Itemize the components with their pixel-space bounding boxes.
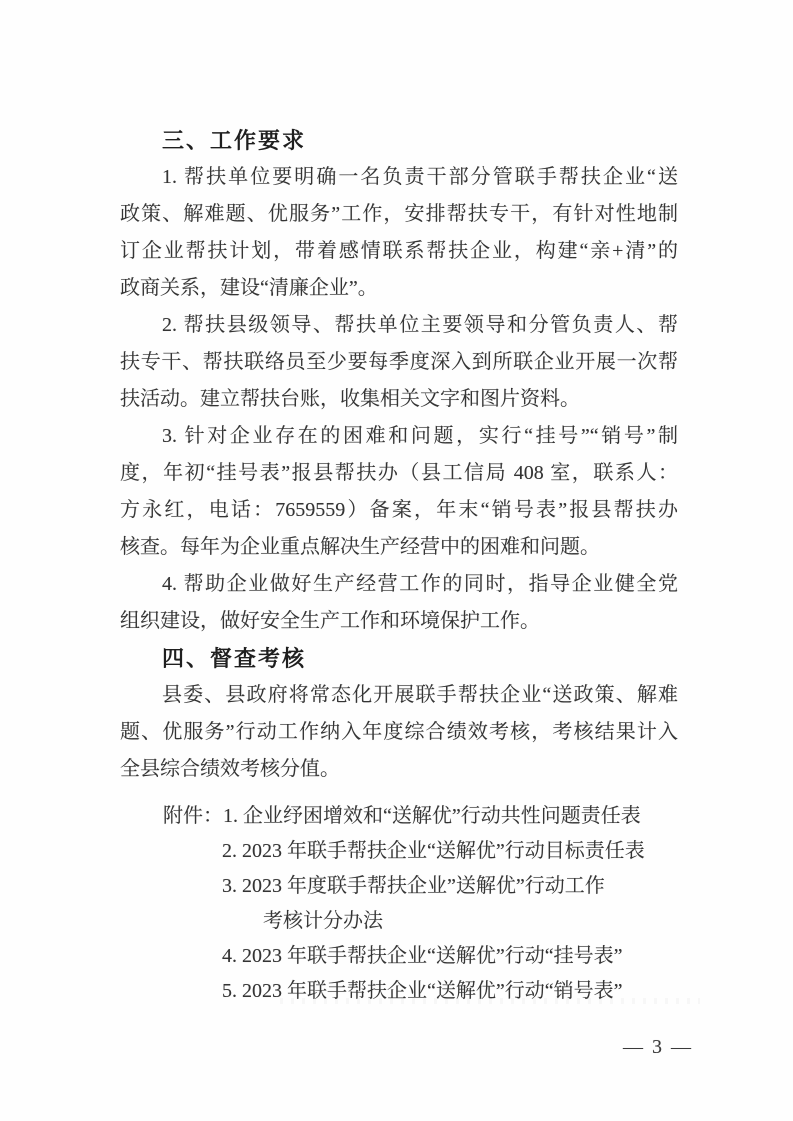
text-line: 2. 帮扶县级领导、帮扶单位主要领导和分管负责人、帮 [120, 307, 678, 344]
text-line: 扶专干、帮扶联络员至少要每季度深入到所联企业开展一次帮 [120, 344, 678, 381]
text-line: 县委、县政府将常态化开展联手帮扶企业“送政策、解难 [120, 677, 678, 714]
section-heading: 三、工作要求 [120, 122, 678, 159]
text-line: 3. 针对企业存在的困难和问题，实行“挂号”“销号”制 [120, 418, 678, 455]
attachment-line: 考核计分办法 [120, 904, 740, 939]
text-line: 方永红，电话：7659559）备案，年末“销号表”报县帮扶办 [120, 492, 678, 529]
text-line: 组织建设，做好安全生产工作和环境保护工作。 [120, 603, 678, 640]
attachment-line: 4. 2023 年联手帮扶企业“送解优”行动“挂号表” [120, 939, 740, 974]
page-number: — 3 — [623, 1033, 693, 1061]
scanned-document-page: 三、工作要求1. 帮扶单位要明确一名负责干部分管联手帮扶企业“送政策、解难题、优… [0, 0, 793, 1121]
document-body: 三、工作要求1. 帮扶单位要明确一名负责干部分管联手帮扶企业“送政策、解难题、优… [120, 122, 678, 788]
text-line: 扶活动。建立帮扶台账，收集相关文字和图片资料。 [120, 381, 678, 418]
text-line: 核查。每年为企业重点解决生产经营中的困难和问题。 [120, 529, 678, 566]
text-line: 全县综合绩效考核分值。 [120, 751, 678, 788]
text-line: 题、优服务”行动工作纳入年度综合绩效考核，考核结果计入 [120, 714, 678, 751]
section-heading: 四、督查考核 [120, 640, 678, 677]
attachments-list: 附件：1. 企业纾困增效和“送解优”行动共性问题责任表2. 2023 年联手帮扶… [120, 799, 740, 1009]
scan-artifact [280, 998, 700, 1004]
attachment-line: 附件：1. 企业纾困增效和“送解优”行动共性问题责任表 [120, 799, 740, 834]
text-line: 订企业帮扶计划，带着感情联系帮扶企业，构建“亲+清”的 [120, 233, 678, 270]
text-line: 4. 帮助企业做好生产经营工作的同时，指导企业健全党 [120, 566, 678, 603]
text-line: 1. 帮扶单位要明确一名负责干部分管联手帮扶企业“送 [120, 159, 678, 196]
text-line: 政策、解难题、优服务”工作，安排帮扶专干，有针对性地制 [120, 196, 678, 233]
attachment-line: 2. 2023 年联手帮扶企业“送解优”行动目标责任表 [120, 834, 740, 869]
attachment-line: 3. 2023 年度联手帮扶企业”送解优”行动工作 [120, 869, 740, 904]
text-line: 政商关系，建设“清廉企业”。 [120, 270, 678, 307]
text-line: 度，年初“挂号表”报县帮扶办（县工信局 408 室，联系人： [120, 455, 678, 492]
